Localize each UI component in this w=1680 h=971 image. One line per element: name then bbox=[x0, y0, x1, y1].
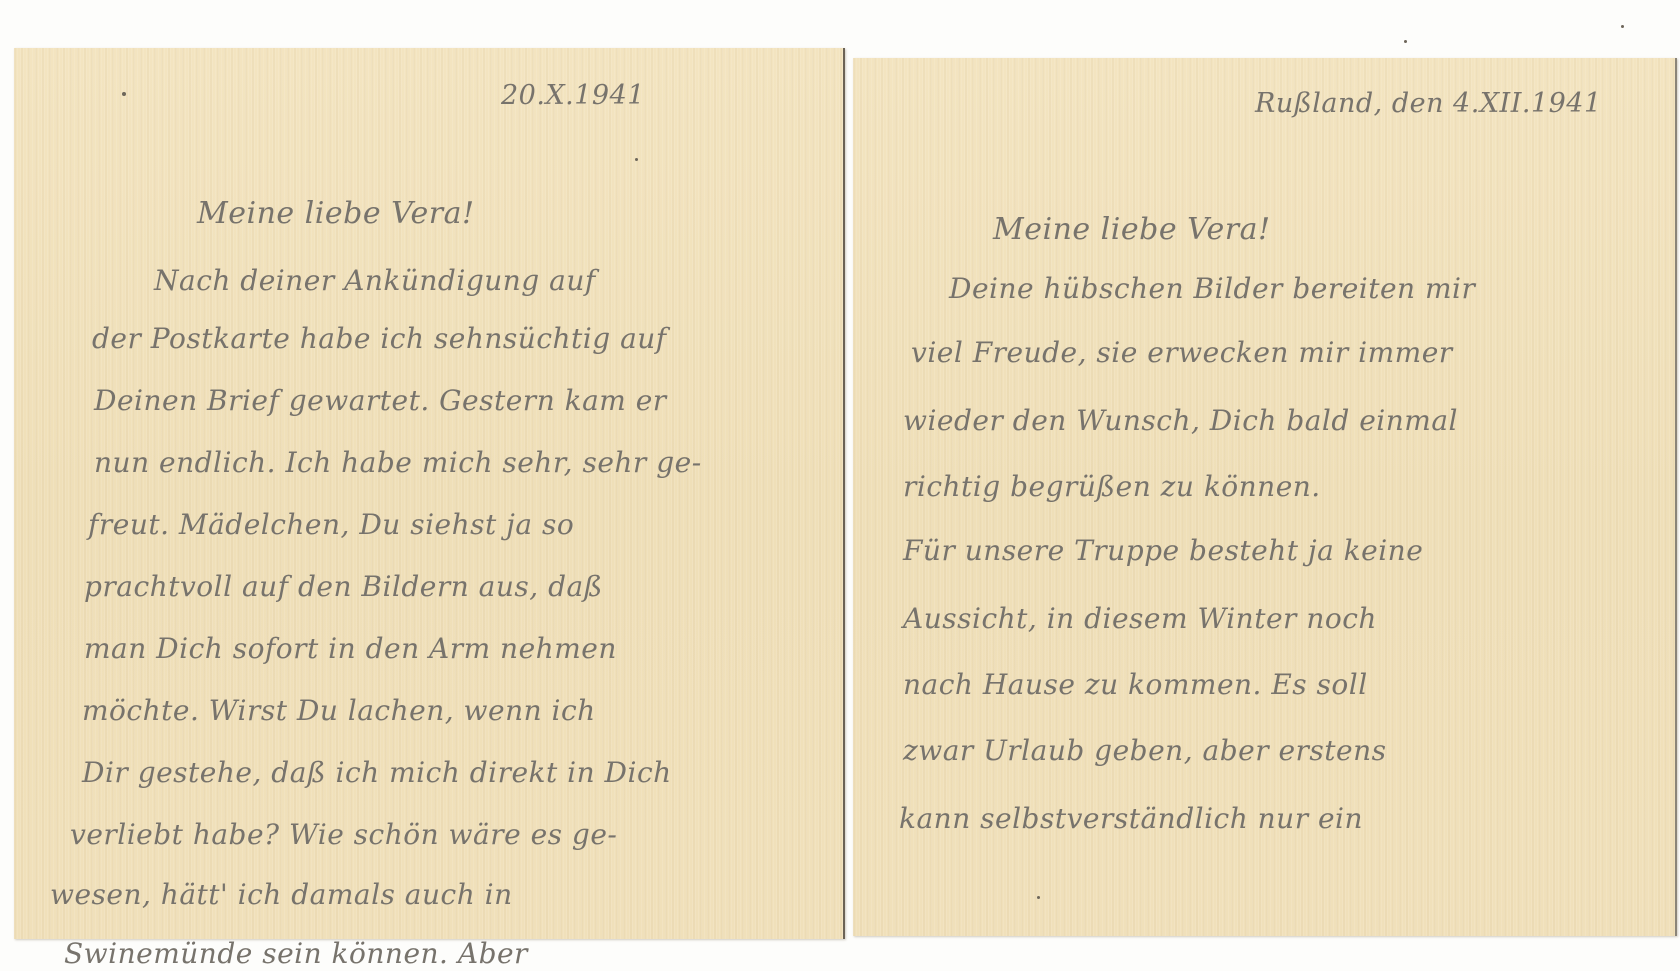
letter-date: 20.X.1941 bbox=[501, 80, 645, 111]
letter-page-left: 20.X.1941 Meine liebe Vera! Nach deiner … bbox=[14, 48, 845, 939]
letter-line: nun endlich. Ich habe mich sehr, sehr ge… bbox=[94, 446, 702, 479]
letter-page-right: Rußland, den 4.XII.1941 Meine liebe Vera… bbox=[853, 58, 1677, 936]
letter-line: Swinemünde sein können. Aber bbox=[64, 937, 528, 970]
letter-line: möchte. Wirst Du lachen, wenn ich bbox=[82, 694, 596, 727]
letter-line: der Postkarte habe ich sehnsüchtig auf bbox=[92, 322, 667, 355]
paper-speck bbox=[122, 92, 126, 96]
letter-line: viel Freude, sie erwecken mir immer bbox=[911, 336, 1453, 369]
letter-line: Deine hübschen Bilder bereiten mir bbox=[949, 272, 1475, 305]
letter-salutation: Meine liebe Vera! bbox=[993, 212, 1271, 247]
letter-line: richtig begrüßen zu können. bbox=[903, 470, 1321, 503]
letter-line: Für unsere Truppe besteht ja keine bbox=[903, 534, 1423, 567]
letter-line: Aussicht, in diesem Winter noch bbox=[903, 602, 1377, 635]
letter-line: nach Hause zu kommen. Es soll bbox=[903, 668, 1368, 701]
scanner-speck bbox=[1621, 25, 1624, 28]
letter-line: verliebt habe? Wie schön wäre es ge- bbox=[70, 818, 617, 851]
letter-salutation: Meine liebe Vera! bbox=[197, 196, 475, 231]
letter-line: man Dich sofort in den Arm nehmen bbox=[84, 632, 617, 665]
letter-line: kann selbstverständlich nur ein bbox=[899, 802, 1363, 835]
paper-speck bbox=[635, 158, 638, 161]
letter-line: zwar Urlaub geben, aber erstens bbox=[903, 734, 1387, 767]
letter-date: Rußland, den 4.XII.1941 bbox=[1255, 88, 1602, 119]
letter-line: wesen, hätt' ich damals auch in bbox=[50, 878, 513, 911]
paper-speck bbox=[1037, 896, 1040, 899]
letter-line: prachtvoll auf den Bildern aus, daß bbox=[84, 570, 603, 603]
letter-line: Nach deiner Ankündigung auf bbox=[154, 264, 596, 297]
letter-line: wieder den Wunsch, Dich bald einmal bbox=[903, 404, 1458, 437]
scanned-letters: 20.X.1941 Meine liebe Vera! Nach deiner … bbox=[0, 0, 1680, 971]
letter-line: Dir gestehe, daß ich mich direkt in Dich bbox=[82, 756, 672, 789]
scanner-speck bbox=[1404, 40, 1407, 43]
letter-line: Deinen Brief gewartet. Gestern kam er bbox=[94, 384, 667, 417]
letter-line: freut. Mädelchen, Du siehst ja so bbox=[88, 508, 574, 541]
